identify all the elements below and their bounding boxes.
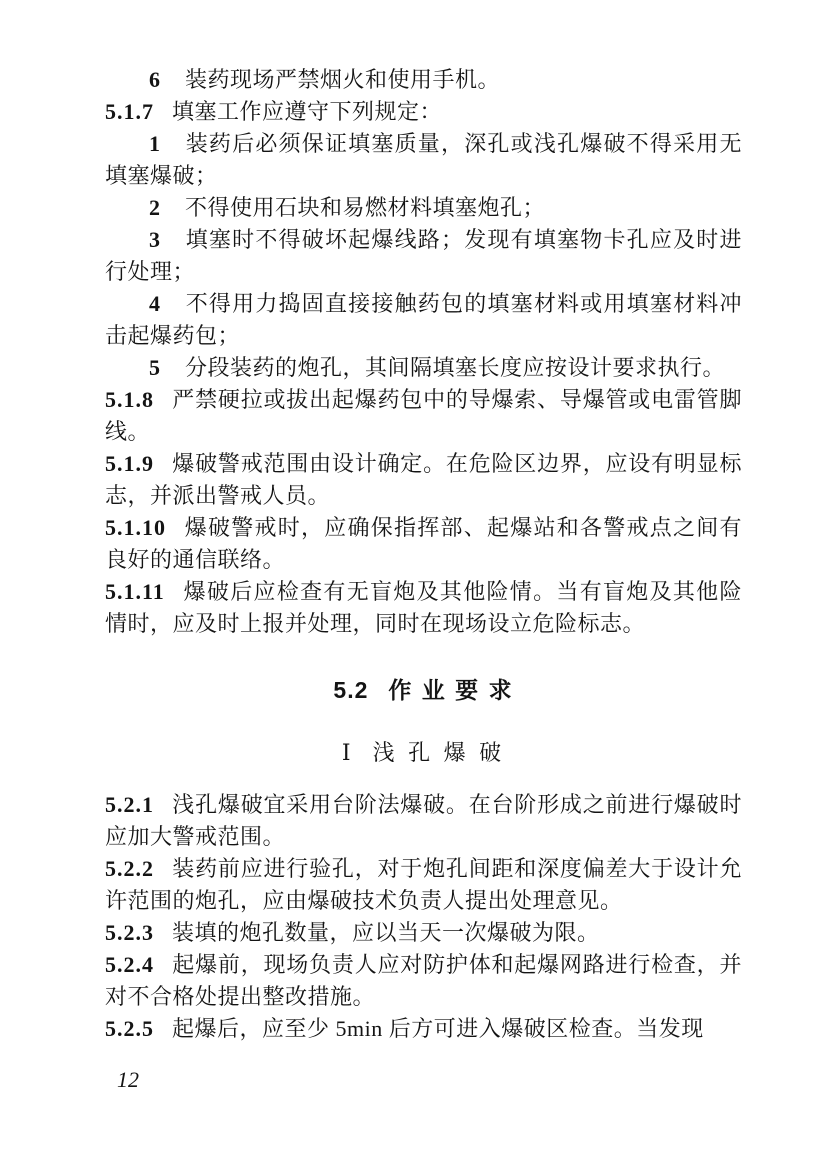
clause-number: 5.2.1	[105, 792, 172, 817]
list-item: 6装药现场严禁烟火和使用手机。	[105, 64, 742, 96]
clause-number: 5.2.3	[105, 920, 172, 945]
clause-text: 填塞工作应遵守下列规定：	[172, 99, 442, 124]
item-number: 2	[149, 195, 185, 220]
item-text: 分段装药的炮孔，其间隔填塞长度应按设计要求执行。	[185, 355, 725, 380]
clause-paragraph: 5.1.10爆破警戒时，应确保指挥部、起爆站和各警戒点之间有良好的通信联络。	[105, 512, 742, 576]
item-text: 填塞时不得破坏起爆线路；发现有填塞物卡孔应及时进行处理；	[105, 227, 742, 284]
item-text: 装药现场严禁烟火和使用手机。	[185, 67, 500, 92]
clause-paragraph: 5.2.4起爆前，现场负责人应对防护体和起爆网路进行检查，并对不合格处提出整改措…	[105, 949, 742, 1013]
clause-number: 5.2.2	[105, 856, 172, 881]
section-title: 作 业 要 求	[388, 677, 513, 703]
list-item: 4不得用力捣固直接接触药包的填塞材料或用填塞材料冲击起爆药包；	[105, 288, 742, 352]
item-text: 不得用力捣固直接接触药包的填塞材料或用填塞材料冲击起爆药包；	[105, 291, 742, 348]
subsection-heading: Ⅰ浅 孔 爆 破	[105, 737, 742, 769]
clause-paragraph: 5.2.5起爆后，应至少 5min 后方可进入爆破区检查。当发现	[105, 1013, 742, 1045]
page-content: 6装药现场严禁烟火和使用手机。 5.1.7填塞工作应遵守下列规定： 1装药后必须…	[105, 64, 742, 1045]
subsection-title: 浅 孔 爆 破	[373, 740, 506, 765]
clause-paragraph: 5.2.2装药前应进行验孔，对于炮孔间距和深度偏差大于设计允许范围的炮孔，应由爆…	[105, 853, 742, 917]
item-number: 3	[149, 227, 185, 252]
item-number: 1	[149, 131, 185, 156]
page-number: 12	[117, 1066, 139, 1094]
clause-paragraph: 5.1.8严禁硬拉或拔出起爆药包中的导爆索、导爆管或电雷管脚线。	[105, 384, 742, 448]
clause-text: 爆破警戒时，应确保指挥部、起爆站和各警戒点之间有良好的通信联络。	[105, 515, 742, 572]
clause-number: 5.1.7	[105, 99, 172, 124]
item-number: 5	[149, 355, 185, 380]
clause-number: 5.1.10	[105, 515, 184, 540]
clause-paragraph: 5.1.9爆破警戒范围由设计确定。在危险区边界，应设有明显标志，并派出警戒人员。	[105, 448, 742, 512]
clause-text: 起爆前，现场负责人应对防护体和起爆网路进行检查，并对不合格处提出整改措施。	[105, 952, 742, 1009]
item-number: 6	[149, 67, 185, 92]
clause-number: 5.1.11	[105, 579, 183, 604]
subsection-numeral: Ⅰ	[342, 740, 373, 765]
item-text: 不得使用石块和易燃材料填塞炮孔；	[185, 195, 545, 220]
clause-text: 爆破后应检查有无盲炮及其他险情。当有盲炮及其他险情时，应及时上报并处理，同时在现…	[105, 579, 742, 636]
clause-paragraph: 5.1.11爆破后应检查有无盲炮及其他险情。当有盲炮及其他险情时，应及时上报并处…	[105, 576, 742, 640]
list-item: 1装药后必须保证填塞质量，深孔或浅孔爆破不得采用无填塞爆破；	[105, 128, 742, 192]
item-text: 装药后必须保证填塞质量，深孔或浅孔爆破不得采用无填塞爆破；	[105, 131, 742, 188]
section-heading: 5.2作 业 要 求	[105, 674, 742, 706]
list-item: 2不得使用石块和易燃材料填塞炮孔；	[105, 192, 742, 224]
clause-number: 5.2.5	[105, 1016, 172, 1041]
document-page: 6装药现场严禁烟火和使用手机。 5.1.7填塞工作应遵守下列规定： 1装药后必须…	[0, 0, 827, 1152]
clause-number: 5.2.4	[105, 952, 172, 977]
list-item: 5分段装药的炮孔，其间隔填塞长度应按设计要求执行。	[105, 352, 742, 384]
section-number: 5.2	[333, 677, 388, 703]
clause-text: 起爆后，应至少 5min 后方可进入爆破区检查。当发现	[172, 1016, 704, 1041]
list-item: 3填塞时不得破坏起爆线路；发现有填塞物卡孔应及时进行处理；	[105, 224, 742, 288]
clause-text: 严禁硬拉或拔出起爆药包中的导爆索、导爆管或电雷管脚线。	[105, 387, 742, 444]
item-number: 4	[149, 291, 185, 316]
clause-number: 5.1.9	[105, 451, 172, 476]
clause-text: 爆破警戒范围由设计确定。在危险区边界，应设有明显标志，并派出警戒人员。	[105, 451, 742, 508]
clause-text: 装填的炮孔数量，应以当天一次爆破为限。	[172, 920, 600, 945]
clause-paragraph: 5.2.1浅孔爆破宜采用台阶法爆破。在台阶形成之前进行爆破时应加大警戒范围。	[105, 789, 742, 853]
clause-text: 浅孔爆破宜采用台阶法爆破。在台阶形成之前进行爆破时应加大警戒范围。	[105, 792, 742, 849]
clause-paragraph: 5.1.7填塞工作应遵守下列规定：	[105, 96, 742, 128]
clause-number: 5.1.8	[105, 387, 172, 412]
clause-paragraph: 5.2.3装填的炮孔数量，应以当天一次爆破为限。	[105, 917, 742, 949]
clause-text: 装药前应进行验孔，对于炮孔间距和深度偏差大于设计允许范围的炮孔，应由爆破技术负责…	[105, 856, 742, 913]
